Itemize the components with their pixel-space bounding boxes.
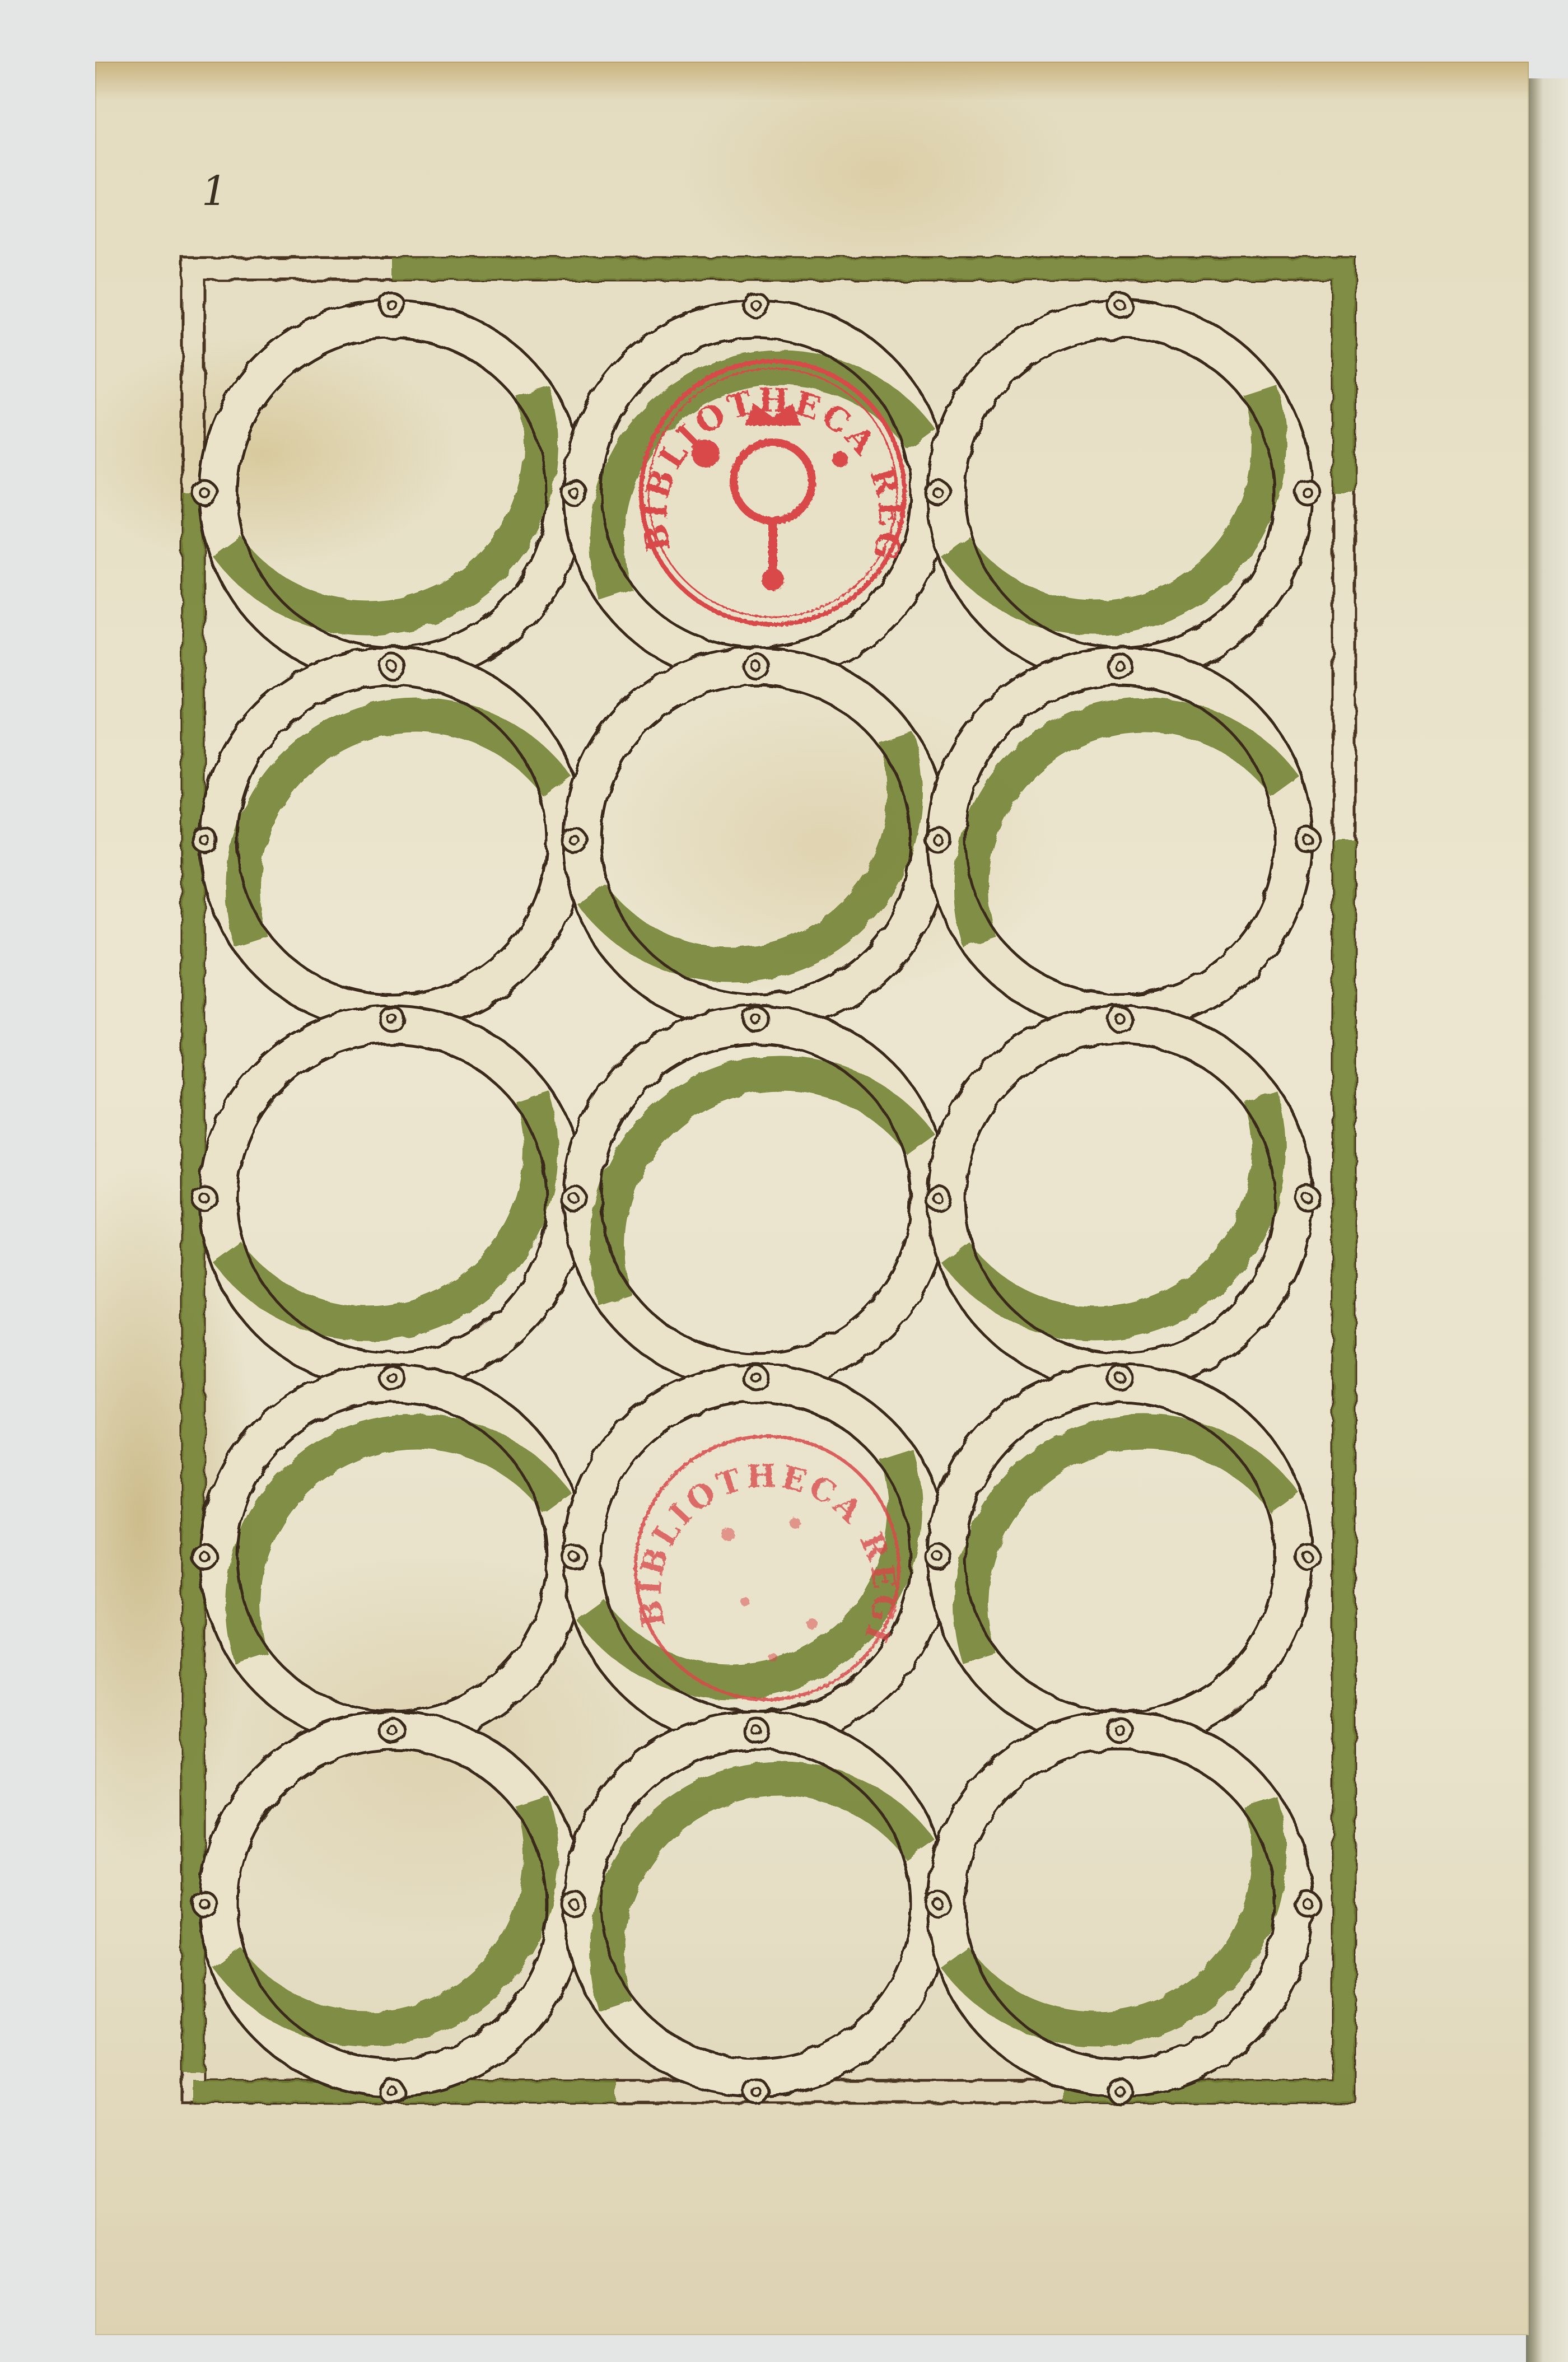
folio-number: 1 (202, 168, 227, 215)
ring-pattern-illustration: BIBLIOTHECA REGIA BIBLIOTHECA REGIA (0, 0, 1568, 2362)
svg-text:BIBLIOTHECA REGIA: BIBLIOTHECA REGIA (0, 0, 910, 567)
ring-grid (192, 293, 1320, 2104)
